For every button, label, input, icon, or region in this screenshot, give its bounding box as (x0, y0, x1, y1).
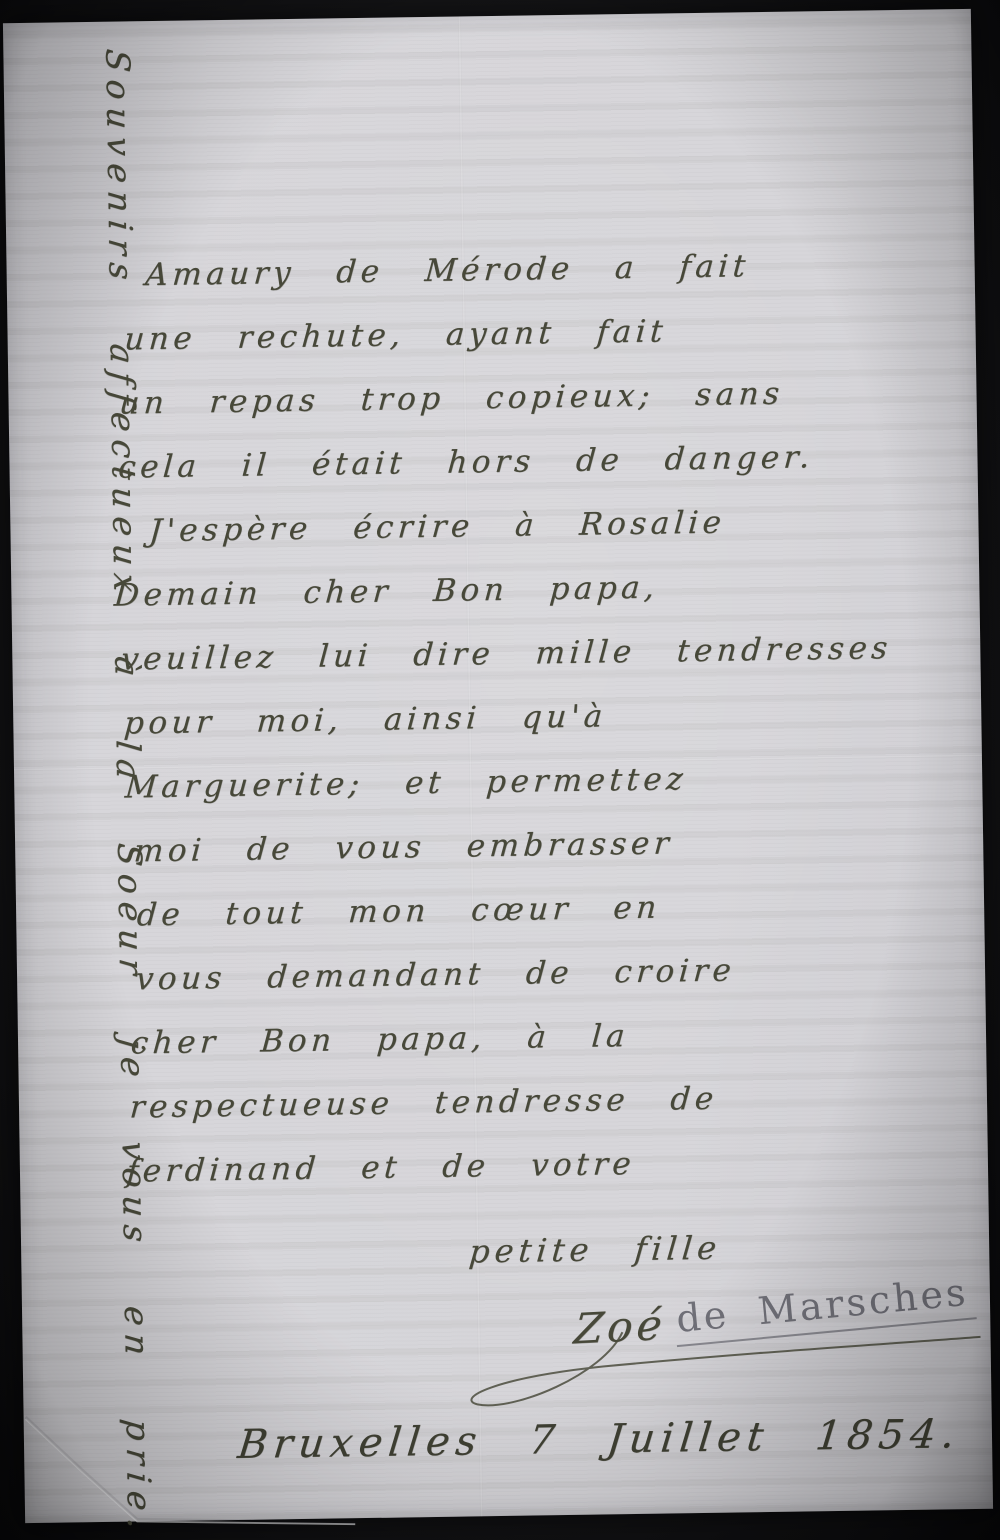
signature: Zoé (572, 1300, 668, 1354)
letter-body: Amaury de Mérode a fait une rechute, aya… (106, 231, 980, 1204)
letter-line: ferdinand et de votre (120, 1127, 985, 1204)
photograph-background: Souvenirs affectueux à la Soeur je vous … (0, 0, 1000, 1540)
closing-line: petite fille (467, 1229, 722, 1271)
letter-paper: Souvenirs affectueux à la Soeur je vous … (3, 9, 993, 1523)
